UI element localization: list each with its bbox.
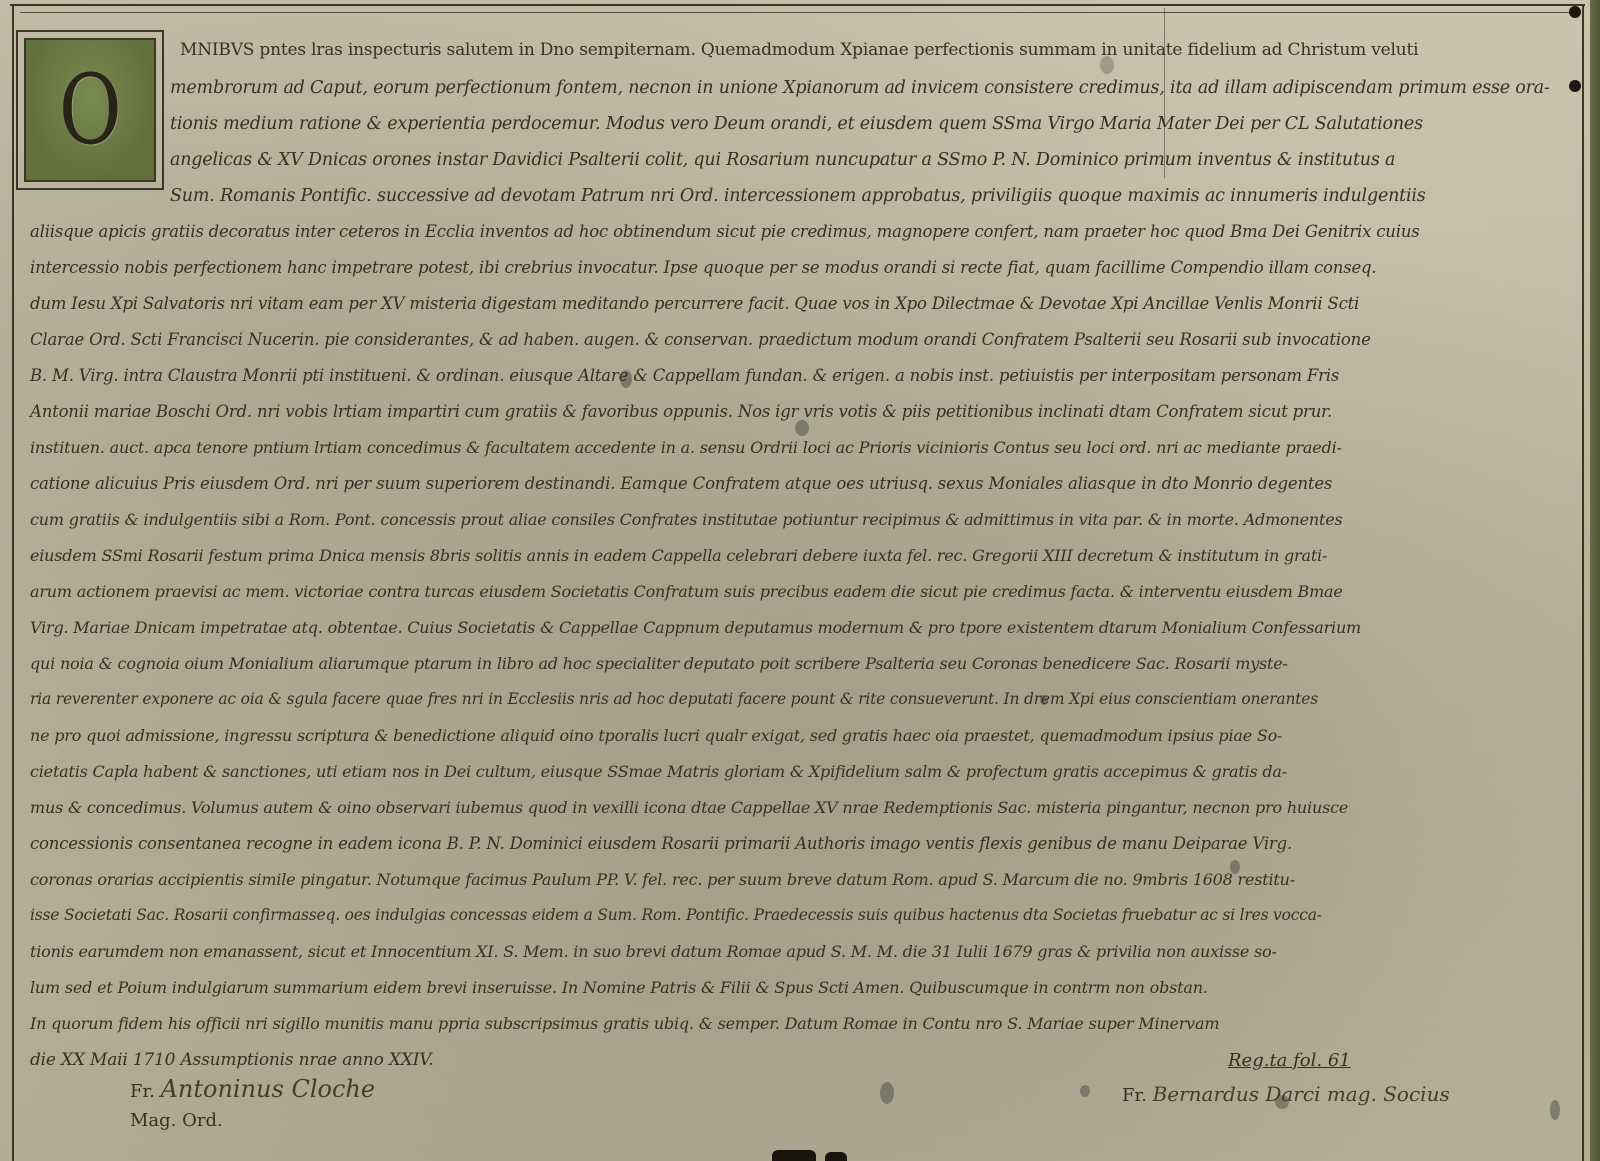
nail-hole bbox=[1569, 6, 1581, 18]
text-line: Antonii mariae Boschi Ord. nri vobis lrt… bbox=[30, 402, 1332, 421]
text-line: instituen. auct. apca tenore pntium lrti… bbox=[30, 438, 1342, 457]
signature-right: Fr. Bernardus Darci mag. Socius bbox=[1122, 1082, 1450, 1106]
text-line: MNIBVS pntes lras inspecturis salutem in… bbox=[180, 40, 1418, 60]
text-line: eiusdem SSmi Rosarii festum prima Dnica … bbox=[30, 546, 1327, 565]
text-line: cietatis Capla habent & sanctiones, uti … bbox=[30, 762, 1287, 781]
seal-fragment bbox=[772, 1150, 816, 1161]
frame-border-right bbox=[1582, 6, 1584, 1161]
signature-left-prefix: Fr. bbox=[130, 1081, 155, 1102]
signature-right-prefix: Fr. bbox=[1122, 1085, 1147, 1106]
text-line: Clarae Ord. Scti Francisci Nucerin. pie … bbox=[30, 330, 1371, 349]
text-line: qui noia & cognoia oium Monialium aliaru… bbox=[30, 654, 1288, 673]
text-line: In quorum fidem his officii nri sigillo … bbox=[30, 1014, 1219, 1033]
frame-green-edge bbox=[1590, 0, 1600, 1161]
text-line: intercessio nobis perfectionem hanc impe… bbox=[30, 258, 1376, 277]
text-line: tionis earumdem non emanassent, sicut et… bbox=[30, 942, 1277, 961]
registry-note: Reg.ta fol. 61 bbox=[1228, 1050, 1351, 1071]
text-line: angelicas & XV Dnicas orones instar Davi… bbox=[170, 150, 1395, 170]
ink-stain bbox=[1550, 1100, 1560, 1120]
text-line: Virg. Mariae Dnicam impetratae atq. obte… bbox=[30, 618, 1361, 637]
text-line: isse Societati Sac. Rosarii confirmasseq… bbox=[30, 906, 1322, 924]
text-line: arum actionem praevisi ac mem. victoriae… bbox=[30, 582, 1343, 601]
ink-stain bbox=[1080, 1085, 1090, 1097]
text-line: concessionis consentanea recogne in eade… bbox=[30, 834, 1292, 853]
seal-fragment bbox=[825, 1152, 847, 1161]
signature-left-name: Antoninus Cloche bbox=[161, 1075, 375, 1103]
ink-stain bbox=[880, 1082, 894, 1104]
text-line: ria reverenter exponere ac oia & sgula f… bbox=[30, 690, 1318, 708]
text-line: coronas orarias accipientis simile pinga… bbox=[30, 870, 1295, 889]
text-line: membrorum ad Caput, eorum perfectionum f… bbox=[170, 78, 1550, 98]
frame-border-left bbox=[12, 4, 14, 1161]
signature-right-name: Bernardus Darci mag. Socius bbox=[1153, 1082, 1450, 1106]
text-line: tionis medium ratione & experientia perd… bbox=[170, 114, 1423, 134]
frame-inner-line bbox=[20, 12, 1573, 13]
signature-left-title: Mag. Ord. bbox=[130, 1110, 223, 1131]
text-line: B. M. Virg. intra Claustra Monrii pti in… bbox=[30, 366, 1339, 385]
text-line: mus & concedimus. Volumus autem & oino o… bbox=[30, 798, 1348, 817]
text-line: cum gratiis & indulgentiis sibi a Rom. P… bbox=[30, 510, 1342, 529]
text-line: die XX Maii 1710 Assumptionis nrae anno … bbox=[30, 1050, 434, 1070]
text-line: ne pro quoi admissione, ingressu scriptu… bbox=[30, 726, 1282, 745]
ink-stain bbox=[795, 420, 809, 436]
nail-hole bbox=[1569, 80, 1581, 92]
text-line: aliisque apicis gratiis decoratus inter … bbox=[30, 222, 1420, 241]
text-line: lum sed et Poium indulgiarum summarium e… bbox=[30, 978, 1208, 997]
frame-border-top bbox=[10, 4, 1585, 6]
signature-left: Fr. Antoninus Cloche bbox=[130, 1075, 375, 1103]
text-line: Sum. Romanis Pontific. successive ad dev… bbox=[170, 186, 1426, 206]
decorated-initial: O bbox=[24, 38, 156, 182]
text-line: catione alicuius Pris eiusdem Ord. nri p… bbox=[30, 474, 1332, 493]
initial-letter: O bbox=[59, 54, 122, 166]
text-line: dum Iesu Xpi Salvatoris nri vitam eam pe… bbox=[30, 294, 1359, 313]
